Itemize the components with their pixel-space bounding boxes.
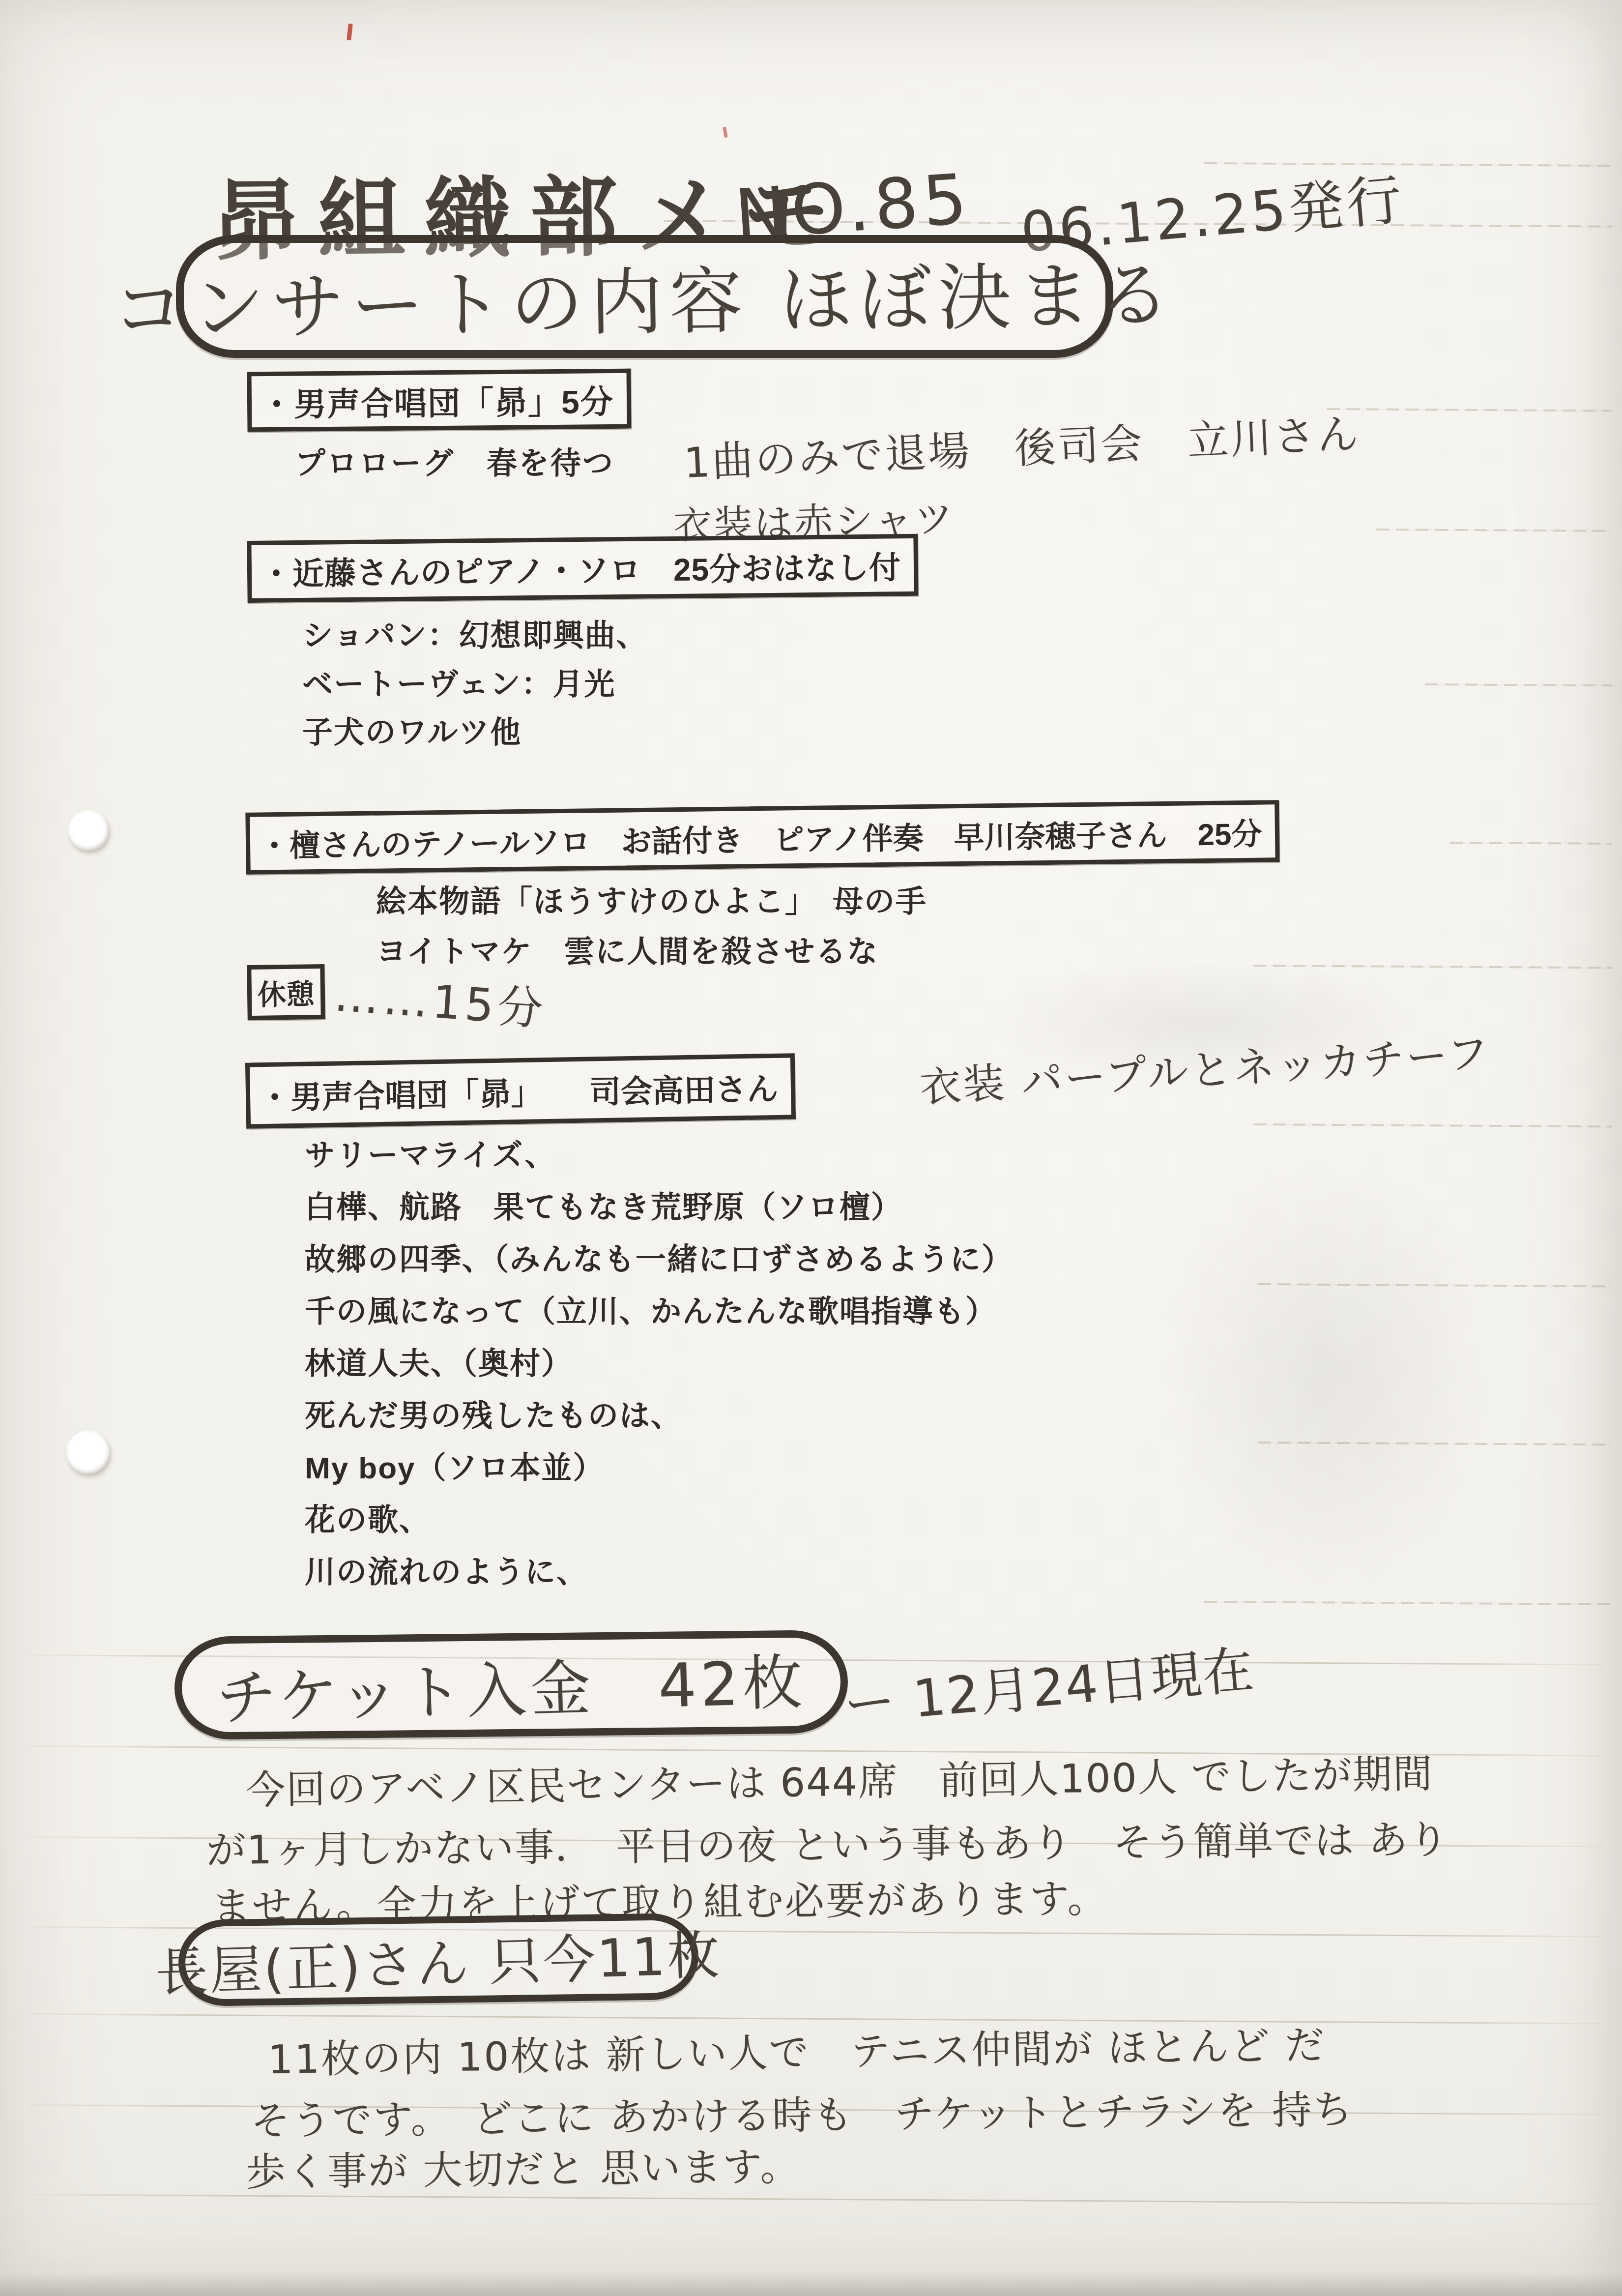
section3-header: ・檀さんのテノールソロ お話付き ピアノ伴奏 早川奈穂子さん 25分 [259, 809, 1263, 865]
punch-hole [68, 810, 110, 853]
song-list-item: 故郷の四季、（みんなも一緒に口ずさめるように） [305, 1235, 1013, 1279]
song-list-item: My boy（ソロ本並） [305, 1443, 605, 1487]
section4-header: ・男声合唱団「昴」 司会高田さん [259, 1064, 778, 1118]
section2-header-box: ・近藤さんのピアノ・ソロ 25分おはなし付 [247, 534, 918, 603]
tickets-body-line: 今回のアベノ区民センターは 644席 前回人100人 でしたが期間 [245, 1742, 1433, 1815]
song-list-item: 白樺、航路 果てもなき荒野原（ソロ檀） [305, 1183, 902, 1227]
break-label: 休憩 [257, 971, 315, 1013]
break-label-box: 休憩 [247, 964, 325, 1020]
memo-paper: 昴組織部メモ NO.85 06.12.25発行 コンサートの内容 ほぼ決まる ・… [0, 0, 1622, 2296]
ruled-line [1376, 529, 1612, 532]
main-title-box: コンサートの内容 ほぼ決まる [176, 235, 1113, 358]
tickets-title-box: チケット入金 42枚 [174, 1630, 848, 1740]
ruled-line [1327, 408, 1612, 412]
section1-header-box: ・男声合唱団「昴」5分 [247, 369, 631, 432]
red-ink-speck [723, 127, 728, 138]
song-list-item: 千の風になって（立川、かんたんな歌唱指導も） [305, 1287, 997, 1331]
song-list-item: 林道人夫、（奥村） [305, 1339, 573, 1383]
red-ink-speck [347, 24, 353, 41]
section1-note-1: 1曲のみで退場 後司会 立川さん [682, 401, 1361, 490]
section2-item: ベートーヴェン：月光 [302, 660, 616, 704]
section3-item: ヨイトマケ 雲に人間を殺させるな [376, 927, 878, 971]
bleed-through-smudge [1155, 1155, 1499, 1598]
section3-item: 絵本物語「ほうすけのひよこ」 母の手 [376, 877, 927, 921]
section2-item: ショパン：幻想即興曲、 [302, 611, 648, 655]
ruled-line [1425, 683, 1612, 686]
tickets-body-line: が1ヶ月しかない事． 平日の夜 という事もあり そう簡単では あり [206, 1808, 1449, 1875]
punch-hole [66, 1431, 111, 1476]
scanned-memo-screenshot: { "doc": { "header": { "title": "昴組織部メモ"… [0, 0, 1622, 2296]
main-title: コンサートの内容 ほぼ決まる [112, 237, 1178, 356]
section1-program: プロローグ 春を待つ [295, 439, 614, 483]
ruled-line [1204, 162, 1612, 167]
ruled-line [1450, 842, 1612, 845]
ruled-line [1204, 1601, 1612, 1605]
song-list-item: サリーマライズ、 [305, 1131, 556, 1175]
section2-item: 子犬のワルツ他 [302, 708, 521, 752]
ruled-line [1253, 1123, 1612, 1127]
song-list-item: 死んだ男の残したものは、 [305, 1391, 682, 1435]
section2-header: ・近藤さんのピアノ・ソロ 25分おはなし付 [261, 542, 901, 594]
section1-header: ・男声合唱団「昴」5分 [261, 375, 614, 425]
nagaya-title: 長屋(正)さん 只今11枚 [154, 1913, 723, 2006]
section4-header-box: ・男声合唱団「昴」 司会高田さん [245, 1053, 796, 1128]
tickets-as-of-date: ー 12月24日現在 [840, 1628, 1257, 1737]
song-list-item: 花の歌、 [305, 1496, 431, 1539]
nagaya-title-box: 長屋(正)さん 只今11枚 [178, 1913, 699, 2007]
nagaya-body-line: 歩く事が 大切だと 思います。 [245, 2135, 801, 2197]
nagaya-body-line: 11枚の内 10枚は 新しい人で テニス仲間が ほとんど だ [267, 2013, 1326, 2085]
song-list-item: 川の流れのように、 [305, 1548, 588, 1591]
nagaya-body-line: そうです。 どこに あかける時も チケットとチラシを 持ち [250, 2078, 1354, 2146]
tickets-title: チケット入金 42枚 [215, 1634, 808, 1736]
section3-header-box: ・檀さんのテノールソロ お話付き ピアノ伴奏 早川奈穂子さん 25分 [245, 800, 1279, 875]
